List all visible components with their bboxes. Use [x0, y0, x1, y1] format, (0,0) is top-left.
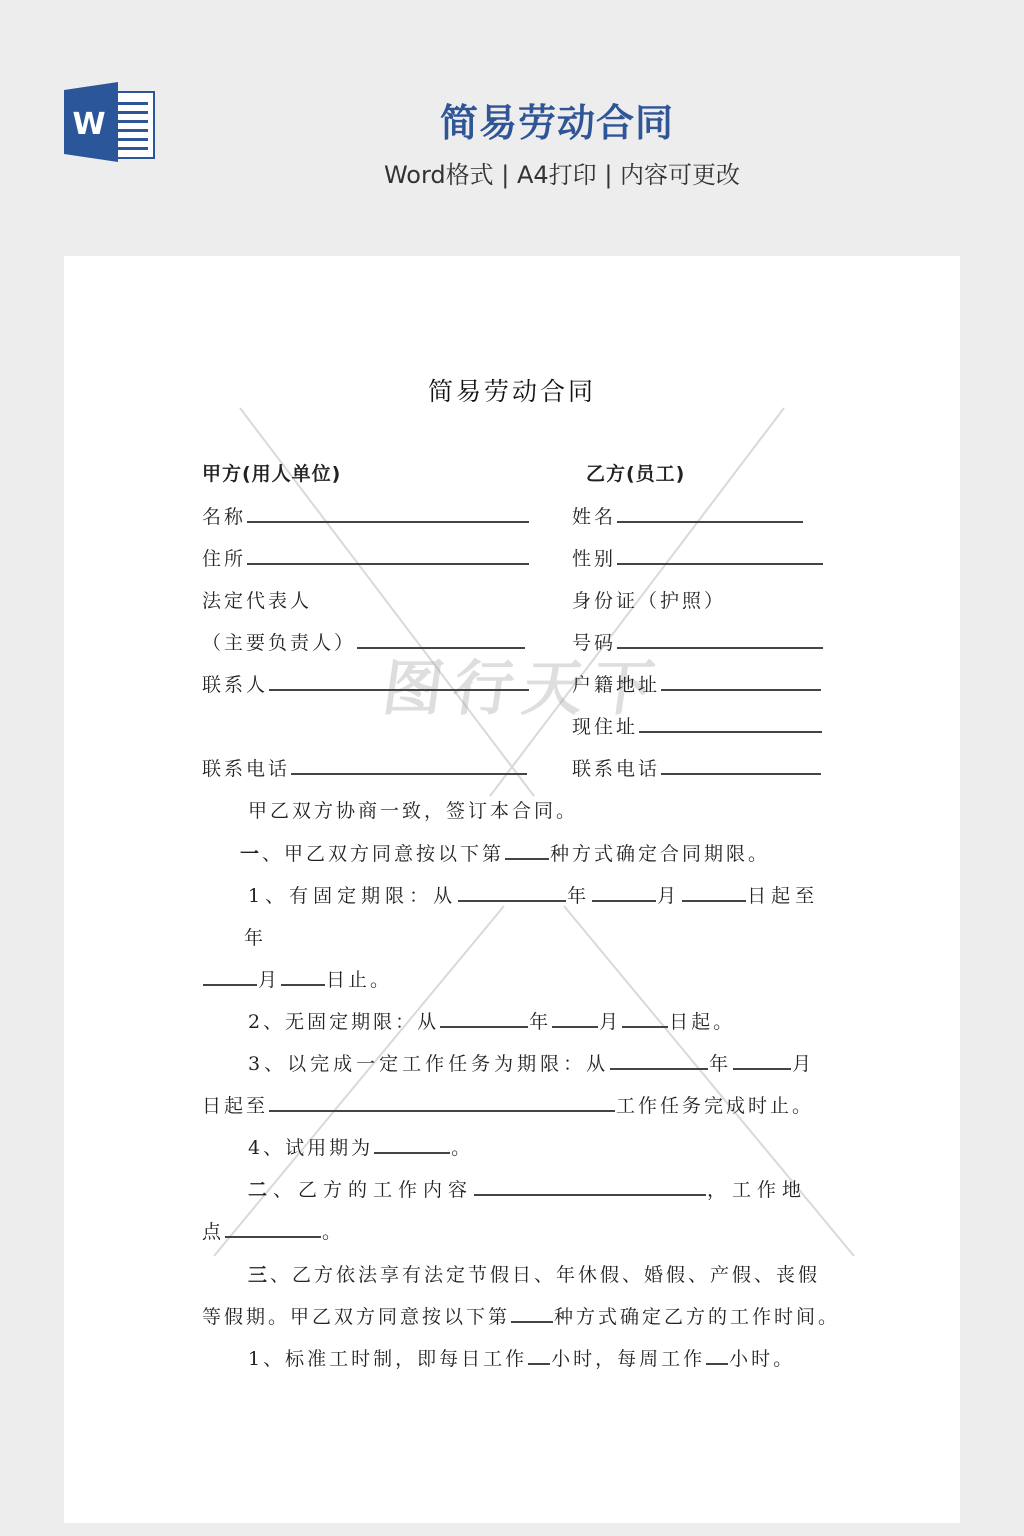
party-b-hukou-field: 户籍地址: [572, 671, 822, 699]
banner-title: 简易劳动合同: [0, 92, 1024, 147]
section-3-cont: 等假期。甲乙双方同意按以下第种方式确定乙方的工作时间。: [202, 1303, 840, 1331]
s1-item-1-end: 月日止。: [202, 966, 392, 994]
banner: W 简易劳动合同 Word格式 | A4打印 | 内容可更改: [0, 0, 1024, 256]
banner-subtitle: Word格式 | A4打印 | 内容可更改: [0, 155, 1024, 190]
party-b-phone-blank[interactable]: [661, 755, 821, 775]
party-b-id-number-field: 号码: [572, 629, 824, 657]
party-a-address-field: 住所: [202, 545, 530, 573]
s1-2-year-blank[interactable]: [440, 1008, 528, 1028]
work-location-blank[interactable]: [225, 1218, 321, 1238]
party-b-heading: 乙方(员工): [586, 460, 685, 488]
daily-hours-blank[interactable]: [528, 1345, 550, 1365]
work-time-choice-blank[interactable]: [511, 1303, 553, 1323]
party-b-gender-blank[interactable]: [617, 545, 823, 565]
party-a-legal-rep-label: 法定代表人: [202, 587, 312, 615]
s1-3-task-blank[interactable]: [269, 1092, 615, 1112]
intro-paragraph: 甲乙双方协商一致，签订本合同。: [248, 797, 578, 825]
s1-item-1: 1、有固定期限：从年月日起至: [248, 882, 819, 910]
party-b-current-address-field: 现住址: [572, 713, 823, 741]
party-b-name-field: 姓名: [572, 503, 804, 531]
section-1-heading: 一、甲乙双方同意按以下第种方式确定合同期限。: [240, 840, 770, 868]
s1-2-month-blank[interactable]: [552, 1008, 598, 1028]
party-a-principal-blank[interactable]: [357, 629, 525, 649]
party-b-current-address-blank[interactable]: [639, 713, 822, 733]
s1-1-start-month-blank[interactable]: [592, 882, 656, 902]
s1-item-3: 3、以完成一定工作任务为期限：从年月: [248, 1050, 815, 1078]
s1-item-3-cont: 日起至工作任务完成时止。: [202, 1092, 814, 1120]
section-2: 二、乙方的工作内容，工作地: [248, 1176, 807, 1204]
s1-item-1-end-year: 年: [244, 924, 266, 952]
party-a-principal-field: （主要负责人）: [202, 629, 526, 657]
party-b-gender-field: 性别: [572, 545, 824, 573]
work-content-blank[interactable]: [474, 1176, 706, 1196]
s1-item-4: 4、试用期为。: [248, 1134, 473, 1162]
s3-item-1: 1、标准工时制，即每日工作小时，每周工作小时。: [248, 1345, 795, 1373]
party-a-name-blank[interactable]: [247, 503, 529, 523]
probation-blank[interactable]: [374, 1134, 450, 1154]
section-3: 三、乙方依法享有法定节假日、年休假、婚假、产假、丧假: [248, 1261, 820, 1289]
party-b-id-label: 身份证（护照）: [572, 587, 726, 615]
s1-item-2: 2、无固定期限：从年月日起。: [248, 1008, 735, 1036]
s1-3-year-blank[interactable]: [610, 1050, 708, 1070]
party-b-id-number-blank[interactable]: [617, 629, 823, 649]
party-a-name-field: 名称: [202, 503, 530, 531]
document-page: 图行天下 简易劳动合同 甲方(用人单位) 名称 住所 法定代表人 （主要负责人）…: [64, 256, 960, 1523]
party-b-name-blank[interactable]: [617, 503, 803, 523]
party-b-phone-field: 联系电话: [572, 755, 822, 783]
party-a-phone-blank[interactable]: [291, 755, 527, 775]
party-a-heading: 甲方(用人单位): [202, 460, 341, 488]
s1-1-end-day-blank[interactable]: [281, 966, 325, 986]
party-a-contact-field: 联系人: [202, 671, 530, 699]
s1-1-end-month-blank[interactable]: [203, 966, 257, 986]
s1-2-day-blank[interactable]: [622, 1008, 668, 1028]
weekly-hours-blank[interactable]: [706, 1345, 728, 1365]
section-2-cont: 点。: [202, 1218, 344, 1246]
party-b-hukou-blank[interactable]: [661, 671, 821, 691]
party-a-address-blank[interactable]: [247, 545, 529, 565]
document-title: 简易劳动合同: [64, 372, 960, 408]
s1-1-start-year-blank[interactable]: [458, 882, 566, 902]
party-a-phone-field: 联系电话: [202, 755, 528, 783]
party-a-contact-blank[interactable]: [269, 671, 529, 691]
s1-3-month-blank[interactable]: [733, 1050, 791, 1070]
s1-1-start-day-blank[interactable]: [682, 882, 746, 902]
s1-choice-blank[interactable]: [505, 840, 549, 860]
